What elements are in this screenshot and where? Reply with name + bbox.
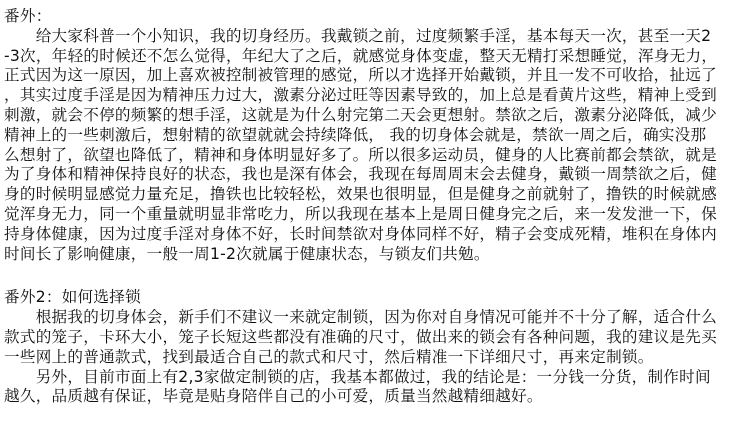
- paragraph-line: 款式的笼子，卡环大小，笼子长短这些都没有准确的尺寸，做出来的锁会有各种问题，我的…: [4, 328, 728, 348]
- paragraph-line: 根据我的切身体会，新手们不建议一来就定制锁，因为你对自身情况可能并不十分了解，适…: [4, 308, 728, 328]
- paragraph: 另外，目前市面上有2,3家做定制锁的店，我基本都做过，我的结论是：一分钱一分货，…: [4, 368, 728, 408]
- paragraph: 给大家科普一个小知识，我的切身经历。我戴锁之前，过度频繁手淫，基本每天一次，甚至…: [4, 27, 728, 265]
- paragraph-line: 身的时候明显感觉力量充足，撸铁也比较轻松，效果也很明显，但是健身之前就射了，撸铁…: [4, 185, 728, 205]
- paragraph-line: 时间长了影响健康，一般一周1-2次就属于健康状态，与锁友们共勉。: [4, 245, 728, 265]
- paragraph-line: 精神上的一些刺激后，想射精的欲望就就会持续降低， 我的切身体会就是，禁欲一周之后…: [4, 126, 728, 146]
- section-heading: 番外：: [4, 7, 728, 27]
- paragraph-line: 刺激，就会不停的频繁的想手淫，这就是为什么射完第二天会更想射。禁欲之后，激素分泌…: [4, 106, 728, 126]
- section-spacer: [4, 264, 728, 288]
- paragraph-line: 持身体健康，因为过度手淫对身体不好，长时间禁欲对身体同样不好，精子会变成死精，堆…: [4, 225, 728, 245]
- paragraph: 根据我的切身体会，新手们不建议一来就定制锁，因为你对自身情况可能并不十分了解，适…: [4, 308, 728, 367]
- paragraph-line: ，其实过度手淫是因为精神压力过大，激素分泌过旺等因素导致的，加上总是看黄片这些，…: [4, 86, 728, 106]
- document-body: 番外： 给大家科普一个小知识，我的切身经历。我戴锁之前，过度频繁手淫，基本每天一…: [4, 7, 728, 407]
- paragraph-line: 为了身体和精神保持良好的状态，我也是深有体会，我现在每周周末会去健身，戴锁一周禁…: [4, 165, 728, 185]
- paragraph-line: 越久，品质越有保证，毕竟是贴身陪伴自己的小可爱，质量当然越精细越好。: [4, 387, 728, 407]
- paragraph-line: 另外，目前市面上有2,3家做定制锁的店，我基本都做过，我的结论是：一分钱一分货，…: [4, 368, 728, 388]
- paragraph-line: 给大家科普一个小知识，我的切身经历。我戴锁之前，过度频繁手淫，基本每天一次，甚至…: [4, 27, 728, 47]
- paragraph-line: 一些网上的普通款式，找到最适合自己的款式和尺寸，然后精准一下详细尺寸，再来定制锁…: [4, 348, 728, 368]
- paragraph-line: 正式因为这一原因，加上喜欢被控制被管理的感觉，所以才选择开始戴锁，并且一发不可收…: [4, 66, 728, 86]
- paragraph-line: -3次，年轻的时候还不怎么觉得，年纪大了之后，就感觉身体变虚，整天无精打采想睡觉…: [4, 47, 728, 67]
- paragraph-line: 么想射了，欲望也降低了，精神和身体明显好多了。所以很多运动员，健身的人比赛前都会…: [4, 146, 728, 166]
- paragraph-line: 觉浑身无力，同一个重量就明显非常吃力，所以我现在基本上是周日健身完之后，来一发发…: [4, 205, 728, 225]
- section-heading: 番外2：如何选择锁: [4, 288, 728, 308]
